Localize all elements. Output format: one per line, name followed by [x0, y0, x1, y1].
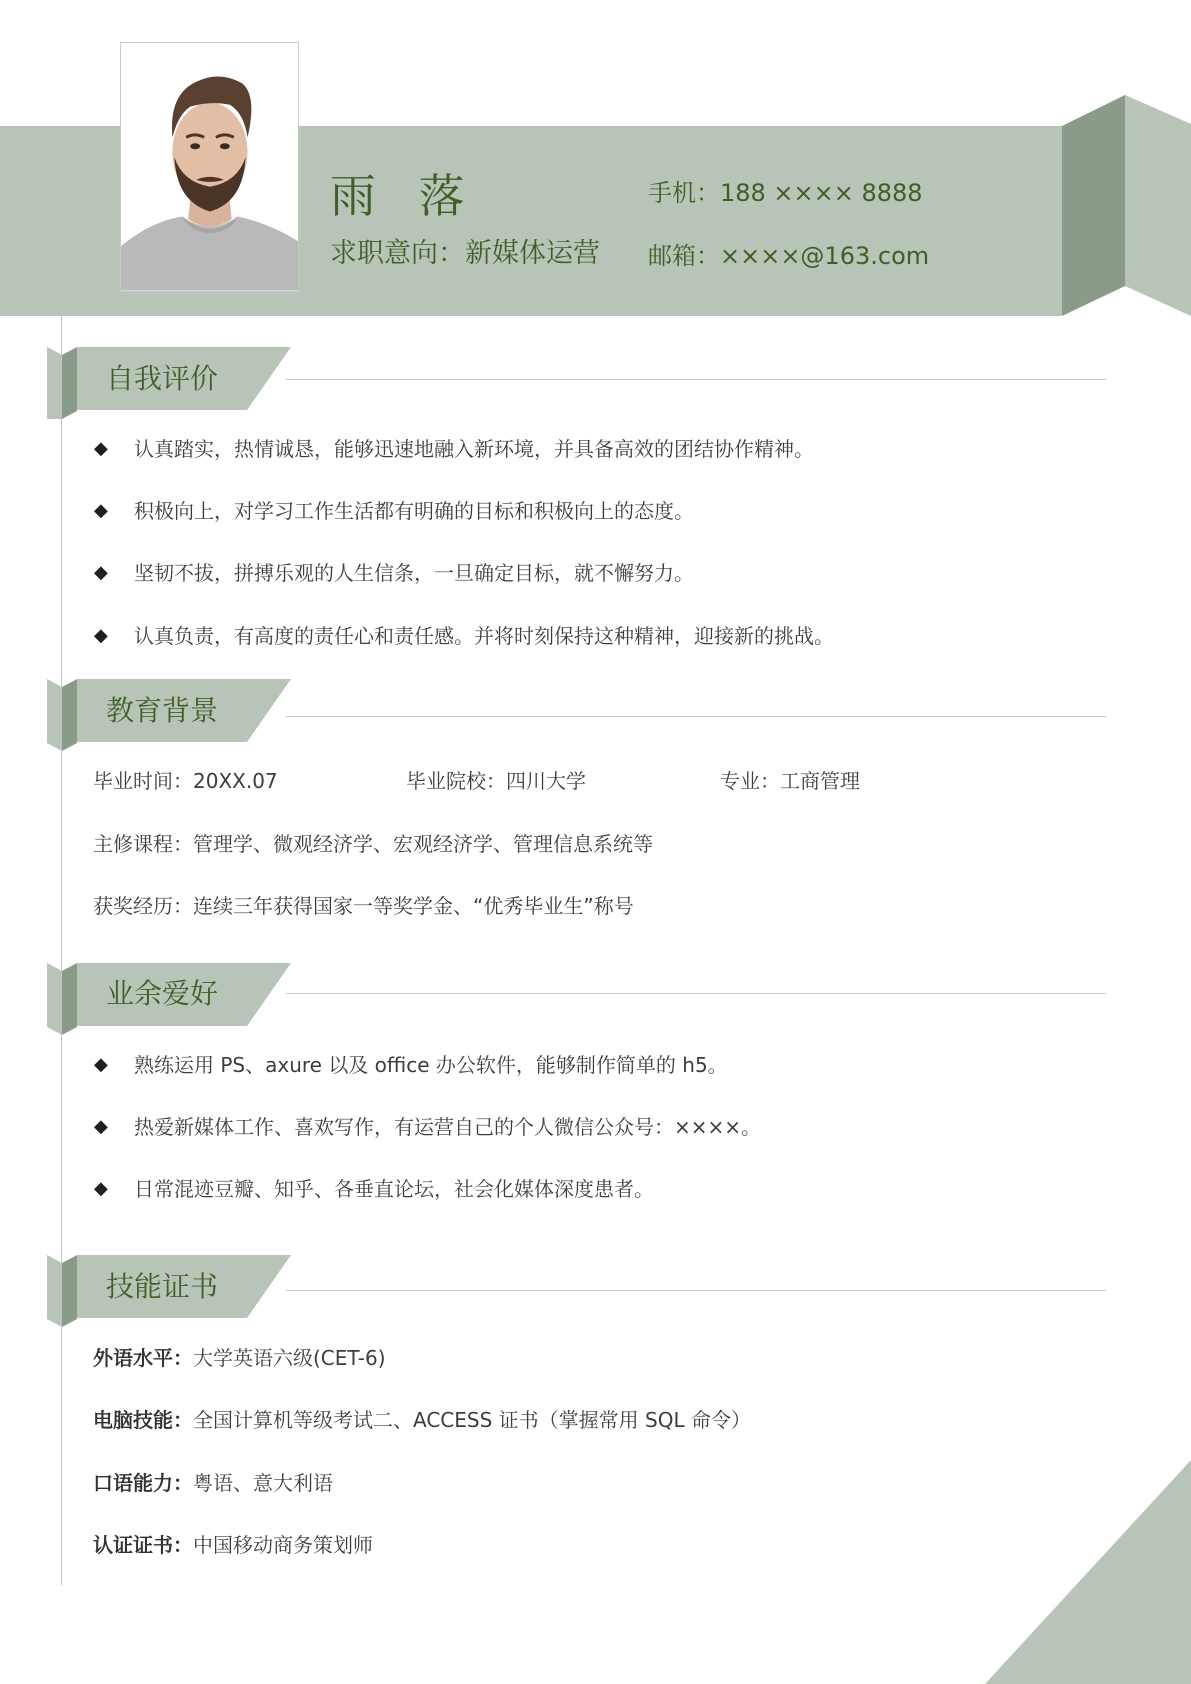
graduation-time: 毕业时间：20XX.07	[93, 766, 278, 796]
diamond-bullet-icon: ◆	[94, 434, 114, 464]
section-title-hobbies: 业余爱好	[106, 974, 218, 1014]
self-eval-text: 坚韧不拔，拼搏乐观的人生信条，一旦确定目标，就不懈努力。	[134, 558, 694, 588]
list-item: ◆ 热爱新媒体工作、喜欢写作，有运营自己的个人微信公众号：××××。	[94, 1112, 761, 1142]
email-address: 邮箱：××××@163.com	[648, 239, 929, 273]
profile-photo	[120, 42, 299, 292]
skill-value: 大学英语六级(CET-6)	[193, 1346, 386, 1370]
list-item: ◆ 日常混迹豆瓣、知乎、各垂直论坛，社会化媒体深度患者。	[94, 1174, 654, 1204]
skill-row: 口语能力：粤语、意大利语	[93, 1468, 333, 1498]
section-divider	[286, 1290, 1106, 1291]
skill-label: 口语能力：	[93, 1471, 193, 1495]
skill-row: 认证证书：中国移动商务策划师	[93, 1530, 373, 1560]
list-item: ◆ 认真负责，有高度的责任心和责任感。并将时刻保持这种精神，迎接新的挑战。	[94, 621, 834, 651]
section-title-self-eval: 自我评价	[106, 359, 218, 399]
skill-value: 中国移动商务策划师	[193, 1533, 373, 1557]
skill-label: 外语水平：	[93, 1346, 193, 1370]
diamond-bullet-icon: ◆	[94, 1112, 114, 1142]
major: 专业：工商管理	[720, 766, 860, 796]
diamond-bullet-icon: ◆	[94, 621, 114, 651]
skill-label: 认证证书：	[93, 1533, 193, 1557]
section-divider	[286, 993, 1106, 994]
job-intention: 求职意向：新媒体运营	[330, 234, 600, 274]
list-item: ◆ 认真踏实，热情诚恳，能够迅速地融入新环境，并具备高效的团结协作精神。	[94, 434, 814, 464]
hobby-text: 熟练运用 PS、axure 以及 office 办公软件，能够制作简单的 h5。	[134, 1050, 728, 1080]
phone-number: 手机：188 ×××× 8888	[648, 176, 923, 210]
section-divider	[286, 379, 1106, 380]
timeline-line	[61, 316, 62, 1585]
hobby-text: 日常混迹豆瓣、知乎、各垂直论坛，社会化媒体深度患者。	[134, 1174, 654, 1204]
list-item: ◆ 坚韧不拔，拼搏乐观的人生信条，一旦确定目标，就不懈努力。	[94, 558, 694, 588]
corner-triangle	[985, 1460, 1191, 1684]
skill-value: 粤语、意大利语	[193, 1471, 333, 1495]
diamond-bullet-icon: ◆	[94, 558, 114, 588]
section-title-skills: 技能证书	[106, 1267, 218, 1307]
skill-row: 外语水平：大学英语六级(CET-6)	[93, 1343, 386, 1373]
person-avatar-icon	[121, 43, 298, 291]
self-eval-text: 认真负责，有高度的责任心和责任感。并将时刻保持这种精神，迎接新的挑战。	[134, 621, 834, 651]
skill-value: 全国计算机等级考试二、ACCESS 证书（掌握常用 SQL 命令）	[193, 1408, 751, 1432]
header-fold-light	[1125, 95, 1191, 316]
graduation-school: 毕业院校：四川大学	[406, 766, 586, 796]
section-divider	[286, 716, 1106, 717]
diamond-bullet-icon: ◆	[94, 496, 114, 526]
header-fold-dark	[1062, 95, 1125, 316]
skill-label: 电脑技能：	[93, 1408, 193, 1432]
self-eval-text: 认真踏实，热情诚恳，能够迅速地融入新环境，并具备高效的团结协作精神。	[134, 434, 814, 464]
section-title-education: 教育背景	[106, 691, 218, 731]
skill-row: 电脑技能：全国计算机等级考试二、ACCESS 证书（掌握常用 SQL 命令）	[93, 1405, 751, 1435]
hobby-text: 热爱新媒体工作、喜欢写作，有运营自己的个人微信公众号：××××。	[134, 1112, 761, 1142]
list-item: ◆ 熟练运用 PS、axure 以及 office 办公软件，能够制作简单的 h…	[94, 1050, 728, 1080]
diamond-bullet-icon: ◆	[94, 1050, 114, 1080]
diamond-bullet-icon: ◆	[94, 1174, 114, 1204]
list-item: ◆ 积极向上，对学习工作生活都有明确的目标和积极向上的态度。	[94, 496, 694, 526]
main-courses: 主修课程：管理学、微观经济学、宏观经济学、管理信息系统等	[93, 829, 653, 859]
awards: 获奖经历：连续三年获得国家一等奖学金、“优秀毕业生”称号	[93, 891, 634, 921]
self-eval-text: 积极向上，对学习工作生活都有明确的目标和积极向上的态度。	[134, 496, 694, 526]
applicant-name: 雨 落	[330, 166, 479, 226]
